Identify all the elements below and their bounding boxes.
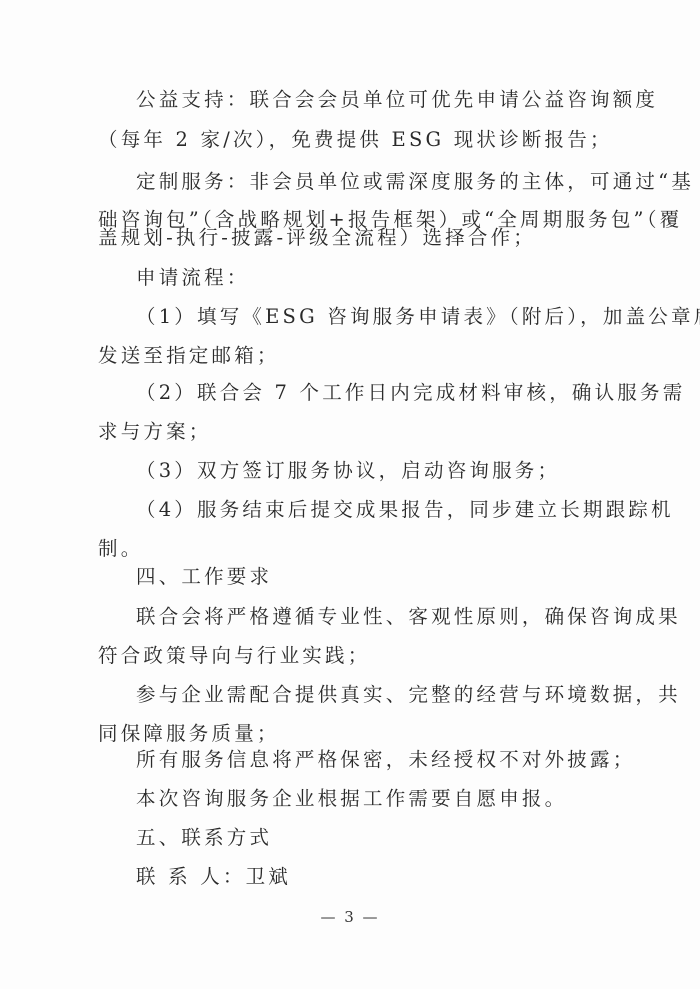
req-4-line-1: 本次咨询服务企业根据工作需要自愿申报。 [136, 787, 567, 811]
paragraph-custom-service-line-1: 定制服务：非会员单位或需深度服务的主体，可通过“基 [136, 170, 694, 194]
step-2-line-1: （2）联合会 7 个工作日内完成材料审核，确认服务需 [136, 381, 685, 405]
step-4-line-2: 制。 [98, 537, 143, 561]
step-3-line-1: （3）双方签订服务协议，启动咨询服务； [136, 459, 560, 483]
req-1-line-2: 符合政策导向与行业实践； [98, 644, 370, 668]
req-2-line-1: 参与企业需配合提供真实、完整的经营与环境数据，共 [136, 683, 681, 707]
paragraph-public-support-line-1: 公益支持：联合会会员单位可优先申请公益咨询额度 [136, 88, 658, 112]
step-1-line-1: （1）填写《ESG 咨询服务申请表》（附后），加盖公章后 [136, 305, 700, 329]
req-3-line-1: 所有服务信息将严格保密，未经授权不对外披露； [136, 748, 635, 772]
section-4-heading: 四、工作要求 [136, 565, 272, 589]
apply-process-heading: 申请流程： [136, 266, 250, 290]
req-1-line-1: 联合会将严格遵循专业性、客观性原则，确保咨询成果 [136, 605, 681, 629]
step-4-line-1: （4）服务结束后提交成果报告，同步建立长期跟踪机 [136, 498, 674, 522]
step-1-line-2: 发送至指定邮箱； [98, 344, 280, 368]
paragraph-custom-service-line-3: 盖规划-执行-披露-评级全流程）选择合作； [98, 226, 536, 250]
document-page: 公益支持：联合会会员单位可优先申请公益咨询额度 （每年 2 家/次），免费提供 … [0, 0, 700, 989]
contact-person: 联 系 人：卫斌 [136, 865, 291, 889]
step-2-line-2: 求与方案； [98, 420, 212, 444]
paragraph-public-support-line-2: （每年 2 家/次），免费提供 ESG 现状诊断报告； [98, 128, 613, 152]
section-5-heading: 五、联系方式 [136, 826, 272, 850]
req-2-line-2: 同保障服务质量； [98, 722, 280, 746]
page-number: — 3 — [0, 908, 700, 926]
